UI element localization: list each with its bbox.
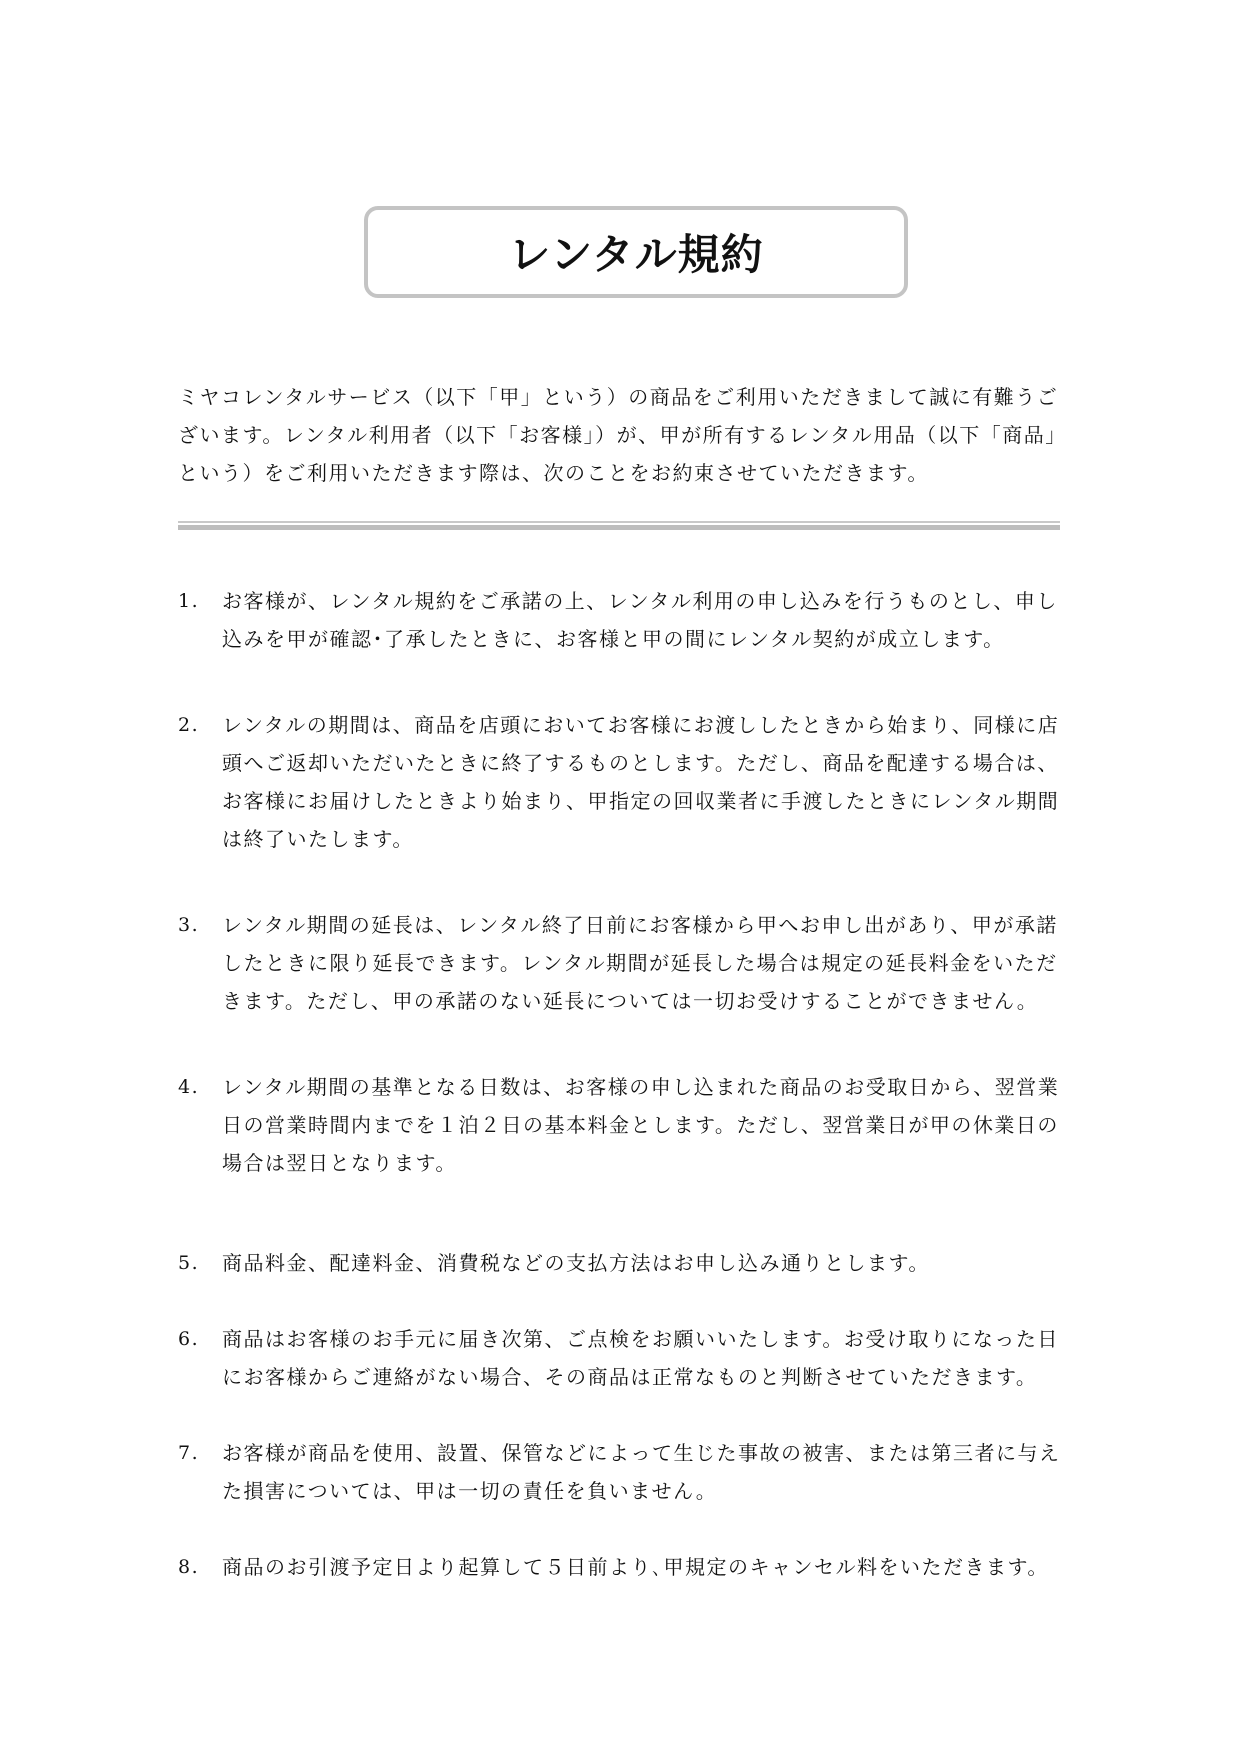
term-number: 4. bbox=[178, 1068, 199, 1106]
term-text: レンタル期間の基準となる日数は、お客様の申し込まれた商品のお受取日から、翌営業日… bbox=[222, 1068, 1078, 1182]
term-item-1: 1. お客様が、レンタル規約をご承諾の上、レンタル利用の申し込みを行うものとし、… bbox=[178, 582, 1078, 658]
term-item-8: 8. 商品のお引渡予定日より起算して５日前より､甲規定のキャンセル料をいただきま… bbox=[178, 1548, 1078, 1586]
divider-thin-line bbox=[178, 521, 1060, 523]
term-text: 商品料金、配達料金、消費税などの支払方法はお申し込み通りとします。 bbox=[222, 1244, 1078, 1282]
term-number: 2. bbox=[178, 706, 199, 744]
term-text: レンタルの期間は、商品を店頭においてお客様にお渡ししたときから始まり、同様に店頭… bbox=[222, 706, 1078, 858]
term-text: 商品はお客様のお手元に届き次第、ご点検をお願いいたします。お受け取りになった日に… bbox=[222, 1320, 1078, 1396]
term-number: 8. bbox=[178, 1548, 199, 1586]
terms-list: 1. お客様が、レンタル規約をご承諾の上、レンタル利用の申し込みを行うものとし、… bbox=[178, 582, 1078, 1586]
term-number: 3. bbox=[178, 906, 199, 944]
term-text: レンタル期間の延長は、レンタル終了日前にお客様から甲へお申し出があり、甲が承諾し… bbox=[222, 906, 1078, 1020]
divider-thick-line bbox=[178, 525, 1060, 530]
page-title: レンタル規約 bbox=[508, 222, 763, 282]
intro-paragraph: ミヤコレンタルサービス（以下「甲」という）の商品をご利用いただきまして誠に有難う… bbox=[178, 378, 1078, 492]
term-text: 商品のお引渡予定日より起算して５日前より､甲規定のキャンセル料をいただきます。 bbox=[222, 1548, 1078, 1586]
term-item-5: 5. 商品料金、配達料金、消費税などの支払方法はお申し込み通りとします。 bbox=[178, 1244, 1078, 1282]
term-number: 7. bbox=[178, 1434, 199, 1472]
title-box: レンタル規約 bbox=[364, 206, 908, 298]
term-text: お客様が商品を使用、設置、保管などによって生じた事故の被害、または第三者に与えた… bbox=[222, 1434, 1078, 1510]
term-item-4: 4. レンタル期間の基準となる日数は、お客様の申し込まれた商品のお受取日から、翌… bbox=[178, 1068, 1078, 1182]
term-item-7: 7. お客様が商品を使用、設置、保管などによって生じた事故の被害、または第三者に… bbox=[178, 1434, 1078, 1510]
term-item-6: 6. 商品はお客様のお手元に届き次第、ご点検をお願いいたします。お受け取りになっ… bbox=[178, 1320, 1078, 1396]
term-item-2: 2. レンタルの期間は、商品を店頭においてお客様にお渡ししたときから始まり、同様… bbox=[178, 706, 1078, 858]
term-number: 1. bbox=[178, 582, 199, 620]
term-number: 6. bbox=[178, 1320, 199, 1358]
section-divider bbox=[178, 521, 1060, 530]
term-item-3: 3. レンタル期間の延長は、レンタル終了日前にお客様から甲へお申し出があり、甲が… bbox=[178, 906, 1078, 1020]
term-number: 5. bbox=[178, 1244, 199, 1282]
term-text: お客様が、レンタル規約をご承諾の上、レンタル利用の申し込みを行うものとし、申し込… bbox=[222, 582, 1078, 658]
